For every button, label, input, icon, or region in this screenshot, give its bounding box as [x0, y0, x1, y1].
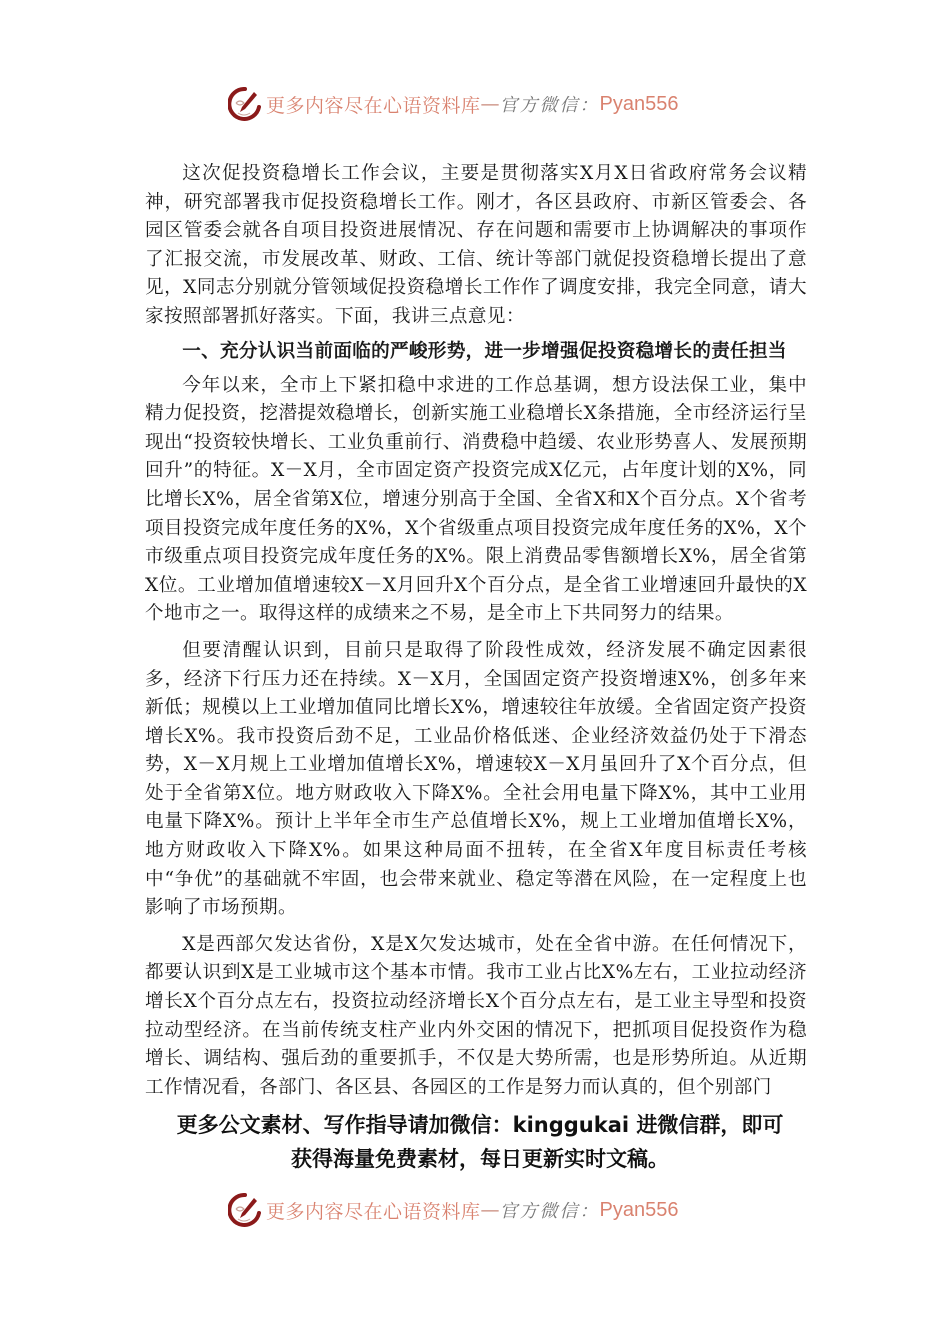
- banner-title: 更多内容尽在心语资料库: [266, 91, 481, 118]
- promo-note-line-2: 获得海量免费素材，每日更新实时文稿。: [140, 1142, 820, 1176]
- section-1-paragraph-3: X是西部欠发达省份，X是X欠发达城市，处在全省中游。在任何情况下，都要认识到X是…: [145, 931, 807, 1103]
- section-1-paragraph-1: 今年以来，全市上下紧扣稳中求进的工作总基调，想方设法保工业，集中精力促投资，挖潜…: [145, 372, 807, 629]
- banner-wechat-id: Pyan556: [600, 93, 679, 116]
- banner-dash: —: [481, 1199, 500, 1221]
- promo-note: 更多公文素材、写作指导请加微信：kinggukai 进微信群，即可 获得海量免费…: [140, 1108, 820, 1176]
- banner-wechat-label: 官方微信：: [500, 91, 600, 117]
- banner-title: 更多内容尽在心语资料库: [266, 1197, 481, 1224]
- footer-banner: 更多内容尽在心语资料库 — 官方微信： Pyan556: [228, 1190, 728, 1230]
- section-heading-1: 一、充分认识当前面临的严峻形势，进一步增强促投资稳增长的责任担当: [145, 332, 807, 372]
- document-body: 这次促投资稳增长工作会议，主要是贯彻落实X月X日省政府常务会议精神，研究部署我市…: [145, 160, 807, 1102]
- banner-wechat-label: 官方微信：: [500, 1197, 600, 1223]
- intro-paragraph: 这次促投资稳增长工作会议，主要是贯彻落实X月X日省政府常务会议精神，研究部署我市…: [145, 160, 807, 332]
- promo-note-line-1: 更多公文素材、写作指导请加微信：kinggukai 进微信群，即可: [140, 1108, 820, 1142]
- banner-wechat-id: Pyan556: [600, 1199, 679, 1222]
- banner-dash: —: [481, 93, 500, 115]
- section-1-paragraph-2: 但要清醒认识到，目前只是取得了阶段性成效，经济发展不确定因素很多，经济下行压力还…: [145, 637, 807, 923]
- header-banner: 更多内容尽在心语资料库 — 官方微信： Pyan556: [228, 84, 728, 124]
- quill-pen-logo-icon: [228, 1193, 262, 1227]
- quill-pen-logo-icon: [228, 87, 262, 121]
